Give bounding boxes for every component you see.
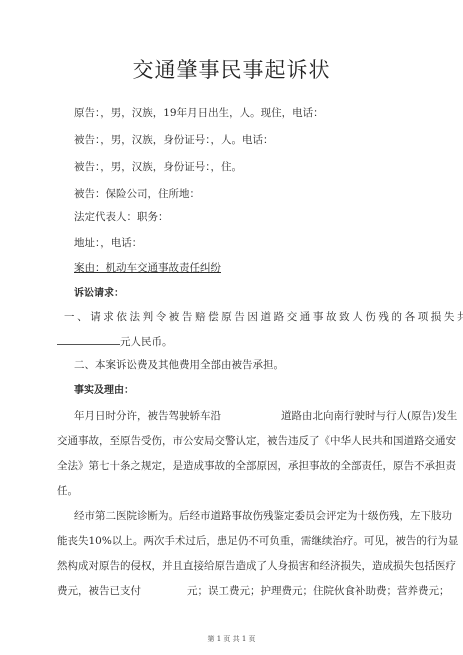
- case-cause: 案由：机动车交通事故责任纠纷: [74, 261, 221, 275]
- legal-representative: 法定代表人：职务：: [74, 210, 169, 224]
- facts-p2-line1: 经市第二医院诊断为。后经市道路事故伤残鉴定委员会评定为十级伤残，左下肢功: [74, 509, 452, 523]
- claim-item-1-amount: 元人民币。: [57, 334, 173, 349]
- document-title: 交通肇事民事起诉状: [0, 54, 463, 84]
- facts-p2-line4-a: 费元，被告已支付: [57, 585, 141, 597]
- facts-p1-line1-b: 道路由北向南行驶时与行人(原告)发生: [281, 410, 457, 422]
- claims-heading: 诉讼请求：: [74, 287, 124, 301]
- claim-item-1: 一、请求依法判令被告赔偿原告因道路交通事故致人伤残的各项损失共计: [64, 310, 463, 324]
- address-phone: 地址：，电话：: [74, 236, 142, 250]
- facts-p2-line2: 能丧失10%以上。两次手术过后，患足仍不可负重，需继续治疗。可见，被告的行为显: [57, 534, 458, 548]
- plaintiff-info: 原告：，男，汉族，19年月日出生，人。现住，电话：: [74, 106, 324, 120]
- facts-heading: 事实及理由：: [74, 384, 134, 398]
- facts-p1-line2: 交通事故，至原告受伤，市公安局交警认定，被告违反了《中华人民共和国道路交通安: [57, 434, 456, 448]
- defendant-1-info: 被告：，男，汉族，身份证号：，人。电话：: [74, 133, 274, 147]
- facts-p2-line4: 费元，被告已支付元；误工费元；护理费元；住院伙食补助费；营养费元；: [57, 584, 450, 598]
- document-page: 交通肇事民事起诉状 原告：，男，汉族，19年月日出生，人。现住，电话： 被告：，…: [0, 0, 463, 655]
- page-footer: 第 1 页 共 1 页: [0, 634, 463, 644]
- amount-blank: [57, 334, 120, 345]
- facts-p1-line3: 全法》第七十条之规定，是造成事故的全部原因，承担事故的全部责任，原告不承担责: [57, 459, 456, 473]
- facts-p1-line4: 任。: [57, 484, 78, 498]
- claim-item-1-suffix: 元人民币。: [120, 336, 173, 348]
- facts-p2-line4-b: 元；误工费元；护理费元；住院伙食补助费；营养费元；: [187, 585, 450, 597]
- facts-p1-line1: 年月日时分许，被告驾驶轿车沿道路由北向南行驶时与行人(原告)发生: [74, 409, 457, 423]
- facts-p2-line3: 然构成对原告的侵权，并且直接给原告造成了人身损害和经济损失，造成损失包括医疗: [57, 559, 456, 573]
- defendant-2-info: 被告：，男，汉族，身份证号：，住。: [74, 160, 242, 174]
- facts-p1-line1-a: 年月日时分许，被告驾驶轿车沿: [74, 410, 221, 422]
- claim-item-2: 二、本案诉讼费及其他费用全部由被告承担。: [74, 358, 284, 372]
- defendant-3-info: 被告：保险公司，住所地：: [74, 187, 200, 201]
